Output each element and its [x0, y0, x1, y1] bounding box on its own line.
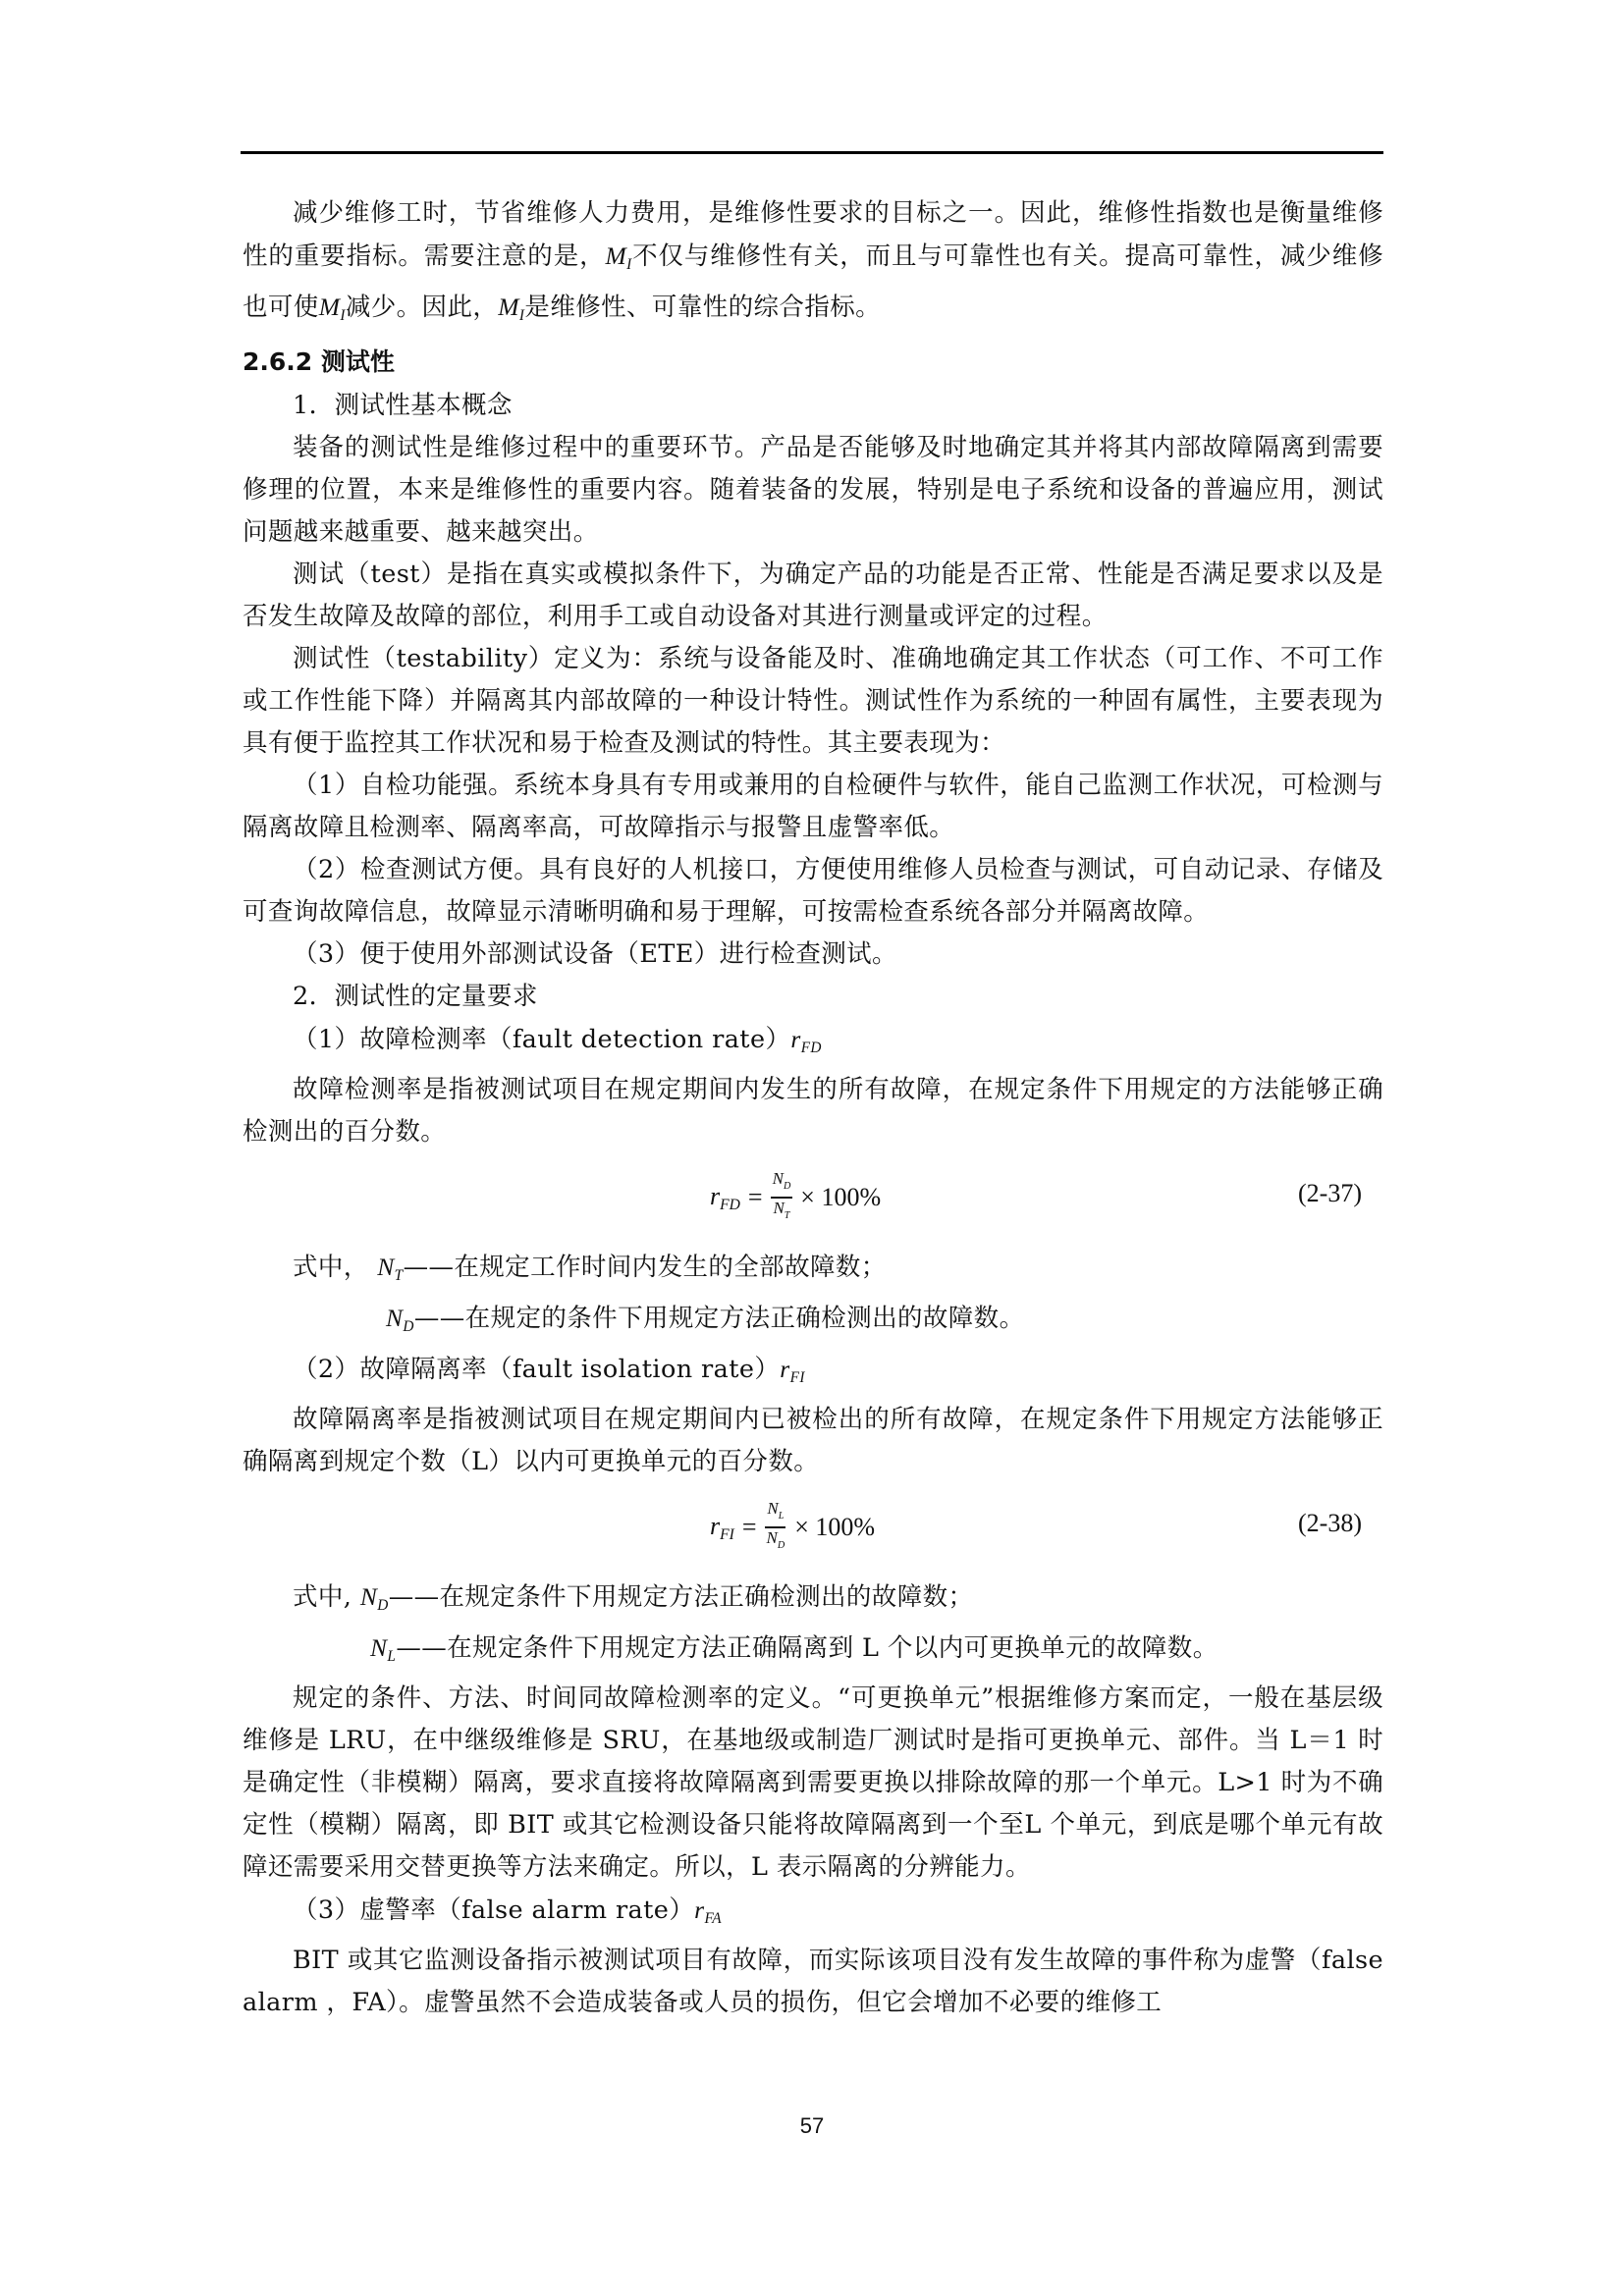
page-body: 减少维修工时，节省维修人力费用，是维修性要求的目标之一。因此，维修性指数也是衡量… — [243, 192, 1383, 2024]
paragraph-maintainability-index: 减少维修工时，节省维修人力费用，是维修性要求的目标之一。因此，维修性指数也是衡量… — [243, 192, 1383, 337]
subsection-heading-2: 2．测试性的定量要求 — [243, 976, 1383, 1018]
page-number: 57 — [0, 2113, 1624, 2139]
paragraph-testability-intro: 装备的测试性是维修过程中的重要环节。产品是否能够及时地确定其并将其内部故障隔离到… — [243, 427, 1383, 554]
fir-title: （2）故障隔离率（fault isolation rate）rFI — [243, 1348, 1383, 1399]
math-rfi: rFI — [780, 1355, 805, 1383]
fir-description: 故障隔离率是指被测试项目在规定期间内已被检出的所有故障，在规定条件下用规定方法能… — [243, 1399, 1383, 1483]
equation-number: (2-37) — [1298, 1179, 1362, 1208]
formula-lhs: rFD — [710, 1182, 740, 1214]
fdr-where-1: 式中， NT——在规定工作时间内发生的全部故障数； — [243, 1246, 1383, 1297]
fraction: NL ND — [765, 1499, 787, 1556]
paragraph-replaceable-unit: 规定的条件、方法、时间同故障检测率的定义。“可更换单元”根据维修方案而定，一般在… — [243, 1678, 1383, 1889]
formula-2-37: rFD = ND NT × 100% (2-37) — [243, 1159, 1383, 1242]
list-item-3: （3）便于使用外部测试设备（ETE）进行检查测试。 — [243, 934, 1383, 976]
fir-where-2: NL——在规定条件下用规定方法正确隔离到 L 个以内可更换单元的故障数。 — [243, 1627, 1383, 1678]
paragraph-testability-definition: 测试性（testability）定义为：系统与设备能及时、准确地确定其工作状态（… — [243, 638, 1383, 765]
formula-2-38: rFI = NL ND × 100% (2-38) — [243, 1489, 1383, 1572]
equation-number: (2-38) — [1298, 1509, 1362, 1538]
fraction: ND NT — [771, 1169, 793, 1226]
math-mi: MI — [605, 241, 631, 270]
fdr-title: （1）故障检测率（fault detection rate）rFD — [243, 1018, 1383, 1069]
header-rule — [241, 151, 1383, 154]
subsection-heading-1: 1．测试性基本概念 — [243, 385, 1383, 427]
fir-where-1: 式中, ND——在规定条件下用规定方法正确检测出的故障数； — [243, 1575, 1383, 1627]
math-mi: MI — [319, 293, 346, 321]
section-heading: 2.6.2 测试性 — [243, 341, 1383, 383]
math-mi: MI — [498, 293, 524, 321]
far-description: BIT 或其它监测设备指示被测试项目有故障，而实际该项目没有发生故障的事件称为虚… — [243, 1940, 1383, 2024]
far-title: （3）虚警率（false alarm rate）rFA — [243, 1889, 1383, 1940]
fdr-where-2: ND——在规定的条件下用规定方法正确检测出的故障数。 — [243, 1297, 1383, 1348]
list-item-2: （2）检查测试方便。具有良好的人机接口，方便使用维修人员检查与测试，可自动记录、… — [243, 849, 1383, 934]
math-rfa: rFA — [694, 1896, 722, 1924]
formula-lhs: rFI — [710, 1512, 734, 1544]
list-item-1: （1）自检功能强。系统本身具有专用或兼用的自检硬件与软件，能自己监测工作状况，可… — [243, 765, 1383, 849]
fdr-description: 故障检测率是指被测试项目在规定期间内发生的所有故障，在规定条件下用规定的方法能够… — [243, 1069, 1383, 1153]
paragraph-test-definition: 测试（test）是指在真实或模拟条件下，为确定产品的功能是否正常、性能是否满足要… — [243, 554, 1383, 638]
math-rfd: rFD — [790, 1025, 822, 1053]
